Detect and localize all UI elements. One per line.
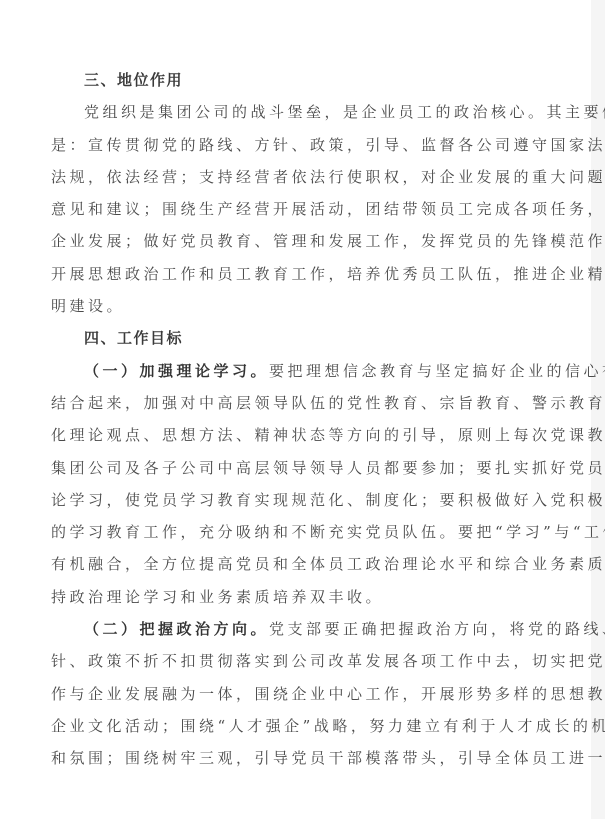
item-title: （一）加强理论学习。 bbox=[84, 362, 269, 380]
item-strengthen-theory-study: （一）加强理论学习。要把理想信念教育与坚定搞好企业的信心有机 结合起来，加强对中… bbox=[51, 355, 539, 613]
paragraph-line: 有机融合，全方位提高党员和全体员工政治理论水平和综合业务素质， 坚 bbox=[51, 548, 539, 580]
paragraph-line: 明建设。 bbox=[51, 290, 539, 322]
item-grasp-political-direction: （二）把握政治方向。党支部要正确把握政治方向，将党的路线、方 针、政策不折不扣贯… bbox=[51, 613, 539, 774]
section-heading-position-role: 三、地位作用 bbox=[51, 64, 539, 96]
paragraph-line: 开展思想政治工作和员工教育工作，培养优秀员工队伍，推进企业精神文 bbox=[51, 258, 539, 290]
paragraph-line: 结合起来，加强对中高层领导队伍的党性教育、宗旨教育、警示教育，强 bbox=[51, 387, 539, 419]
paragraph-line: 针、政策不折不扣贯彻落实到公司改革发展各项工作中去，切实把党建工 bbox=[51, 645, 539, 677]
paragraph-line: （二）把握政治方向。党支部要正确把握政治方向，将党的路线、方 bbox=[51, 613, 539, 645]
paragraph-line: 集团公司及各子公司中高层领导领导人员都要参加；要扎实抓好党员的理 bbox=[51, 452, 539, 484]
document-page: 三、地位作用 党组织是集团公司的战斗堡垒，是企业员工的政治核心。其主要任务 是：… bbox=[51, 64, 539, 775]
paragraph-line: 的学习教育工作，充分吸纳和不断充实党员队伍。要把“学习”与“工作” bbox=[51, 516, 539, 548]
section-paragraph-position-role: 党组织是集团公司的战斗堡垒，是企业员工的政治核心。其主要任务 是：宣传贯彻党的路… bbox=[51, 96, 539, 322]
paragraph-line: 作与企业发展融为一体，围绕企业中心工作，开展形势多样的思想教育和 bbox=[51, 678, 539, 710]
paragraph-line: 企业文化活动；围绕“人才强企”战略，努力建立有利于人才成长的机制 bbox=[51, 710, 539, 742]
item-text: 要把理想信念教育与坚定搞好企业的信心有机 bbox=[269, 362, 605, 380]
item-text: 党支部要正确把握政治方向，将党的路线、方 bbox=[269, 620, 605, 638]
paragraph-line: 论学习，使党员学习教育实现规范化、制度化；要积极做好入党积极分子 bbox=[51, 484, 539, 516]
paragraph-line: 企业发展；做好党员教育、管理和发展工作，发挥党员的先锋模范作用； bbox=[51, 225, 539, 257]
paragraph-line: 持政治理论学习和业务素质培养双丰收。 bbox=[51, 581, 539, 613]
paragraph-line: 是：宣传贯彻党的路线、方针、政策，引导、监督各公司遵守国家法律、 bbox=[51, 129, 539, 161]
paragraph-line: 和氛围；围绕树牢三观，引导党员干部模落带头，引导全体员工进一步增 bbox=[51, 742, 539, 774]
paragraph-line: 化理论观点、思想方法、精神状态等方向的引导，原则上每次党课教育， bbox=[51, 419, 539, 451]
paragraph-line: 意见和建议；围绕生产经营开展活动，团结带领员工完成各项任务，促进 bbox=[51, 193, 539, 225]
section-heading-work-goals: 四、工作目标 bbox=[51, 322, 539, 354]
item-title: （二）把握政治方向。 bbox=[84, 620, 269, 638]
paragraph-line: 法规，依法经营；支持经营者依法行使职权，对企业发展的重大问题提出 bbox=[51, 161, 539, 193]
paragraph-line: （一）加强理论学习。要把理想信念教育与坚定搞好企业的信心有机 bbox=[51, 355, 539, 387]
paragraph-line: 党组织是集团公司的战斗堡垒，是企业员工的政治核心。其主要任务 bbox=[51, 96, 539, 128]
